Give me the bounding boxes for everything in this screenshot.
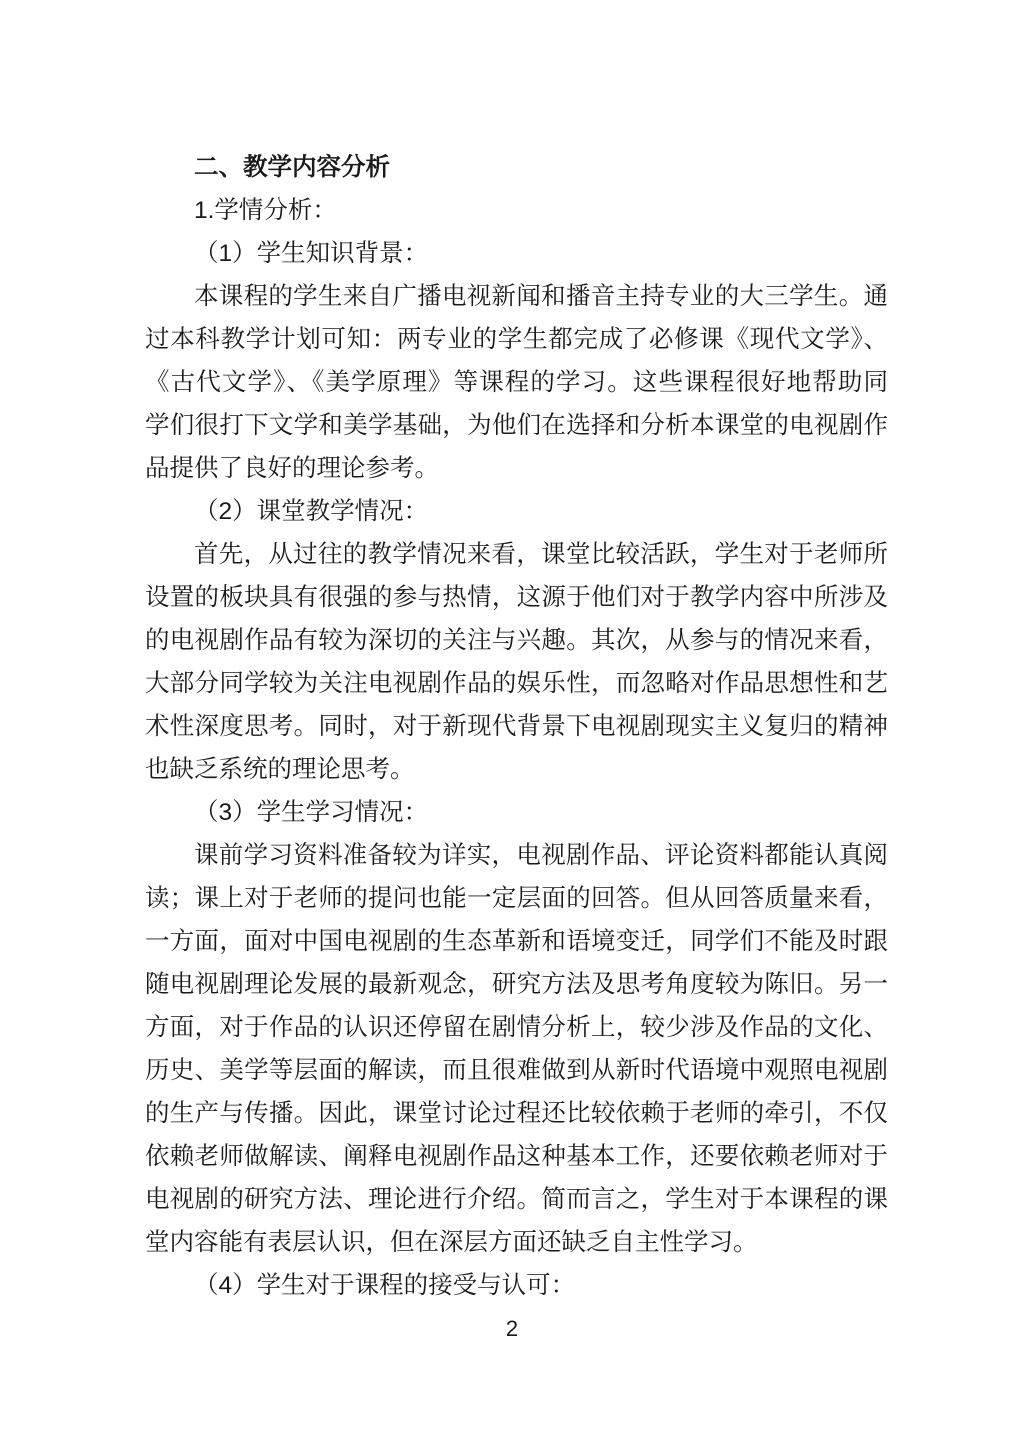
paragraph-3-line-5: 方面，对于作品的认识还停留在剧情分析上，较少涉及作品的文化、 (145, 1006, 888, 1049)
item-3-heading: （3）学生学习情况： (145, 791, 888, 834)
document-body: 二、教学内容分析 1.学情分析： （1）学生知识背景： 本课程的学生来自广播电视… (145, 146, 888, 1307)
paragraph-2-line-1: 首先，从过往的教学情况来看，课堂比较活跃，学生对于老师所 (145, 533, 888, 576)
item-2-heading: （2）课堂教学情况： (145, 490, 888, 533)
paragraph-2-line-5: 术性深度思考。同时，对于新现代背景下电视剧现实主义复归的精神 (145, 705, 888, 748)
paragraph-3-line-1: 课前学习资料准备较为详实，电视剧作品、评论资料都能认真阅 (145, 834, 888, 877)
paragraph-2-line-4: 大部分同学较为关注电视剧作品的娱乐性，而忽略对作品思想性和艺 (145, 662, 888, 705)
paragraph-3-line-10: 堂内容能有表层认识，但在深层方面还缺乏自主性学习。 (145, 1221, 888, 1264)
paragraph-3-line-4: 随电视剧理论发展的最新观念，研究方法及思考角度较为陈旧。另一 (145, 963, 888, 1006)
paragraph-1-line-1: 本课程的学生来自广播电视新闻和播音主持专业的大三学生。通 (145, 275, 888, 318)
paragraph-1-line-3: 《古代文学》、《美学原理》等课程的学习。这些课程很好地帮助同 (145, 361, 888, 404)
section-heading: 二、教学内容分析 (145, 146, 888, 189)
item-1-heading: （1）学生知识背景： (145, 232, 888, 275)
paragraph-3-line-8: 依赖老师做解读、阐释电视剧作品这种基本工作，还要依赖老师对于 (145, 1135, 888, 1178)
item-4-heading: （4）学生对于课程的接受与认可： (145, 1264, 888, 1307)
paragraph-3-line-2: 读；课上对于老师的提问也能一定层面的回答。但从回答质量来看， (145, 877, 888, 920)
paragraph-3-line-3: 一方面，面对中国电视剧的生态革新和语境变迁，同学们不能及时跟 (145, 920, 888, 963)
paragraph-3-line-6: 历史、美学等层面的解读，而且很难做到从新时代语境中观照电视剧 (145, 1049, 888, 1092)
paragraph-1-line-2: 过本科教学计划可知：两专业的学生都完成了必修课《现代文学》、 (145, 318, 888, 361)
paragraph-3-line-9: 电视剧的研究方法、理论进行介绍。简而言之，学生对于本课程的课 (145, 1178, 888, 1221)
paragraph-1-line-5: 品提供了良好的理论参考。 (145, 447, 888, 490)
paragraph-2-line-3: 的电视剧作品有较为深切的关注与兴趣。其次，从参与的情况来看， (145, 619, 888, 662)
page-number: 2 (0, 1314, 1024, 1344)
document-page: 二、教学内容分析 1.学情分析： （1）学生知识背景： 本课程的学生来自广播电视… (0, 0, 1024, 1449)
paragraph-3-line-7: 的生产与传播。因此，课堂讨论过程还比较依赖于老师的牵引，不仅 (145, 1092, 888, 1135)
paragraph-2-line-6: 也缺乏系统的理论思考。 (145, 748, 888, 791)
subsection-1-heading: 1.学情分析： (145, 189, 888, 232)
paragraph-1-line-4: 学们很打下文学和美学基础，为他们在选择和分析本课堂的电视剧作 (145, 404, 888, 447)
paragraph-2-line-2: 设置的板块具有很强的参与热情，这源于他们对于教学内容中所涉及 (145, 576, 888, 619)
